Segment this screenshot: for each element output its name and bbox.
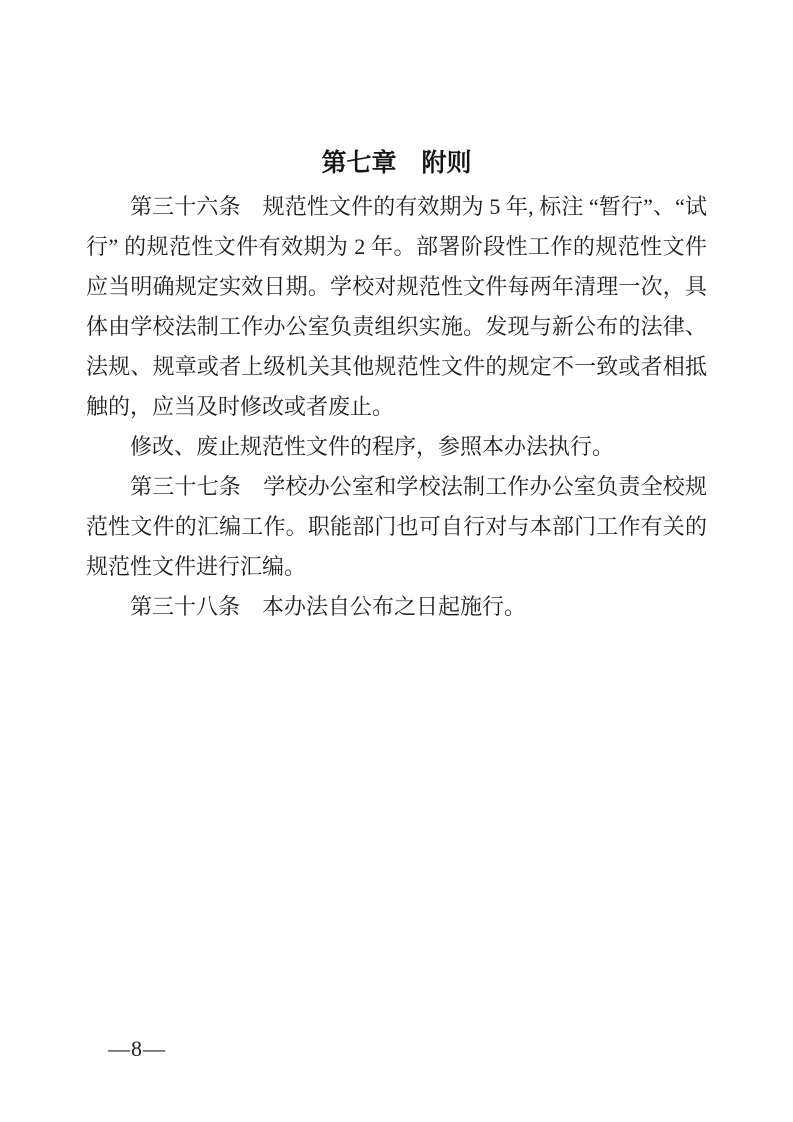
- chapter-body: 第三十六条 规范性文件的有效期为 5 年, 标注 “暂行”、“试行” 的规范性文…: [86, 187, 707, 627]
- document-page: 第七章 附则 第三十六条 规范性文件的有效期为 5 年, 标注 “暂行”、“试行…: [0, 0, 793, 1122]
- paragraph-article-37: 第三十七条 学校办公室和学校法制工作办公室负责全校规范性文件的汇编工作。职能部门…: [86, 467, 707, 587]
- paragraph-article-38: 第三十八条 本办法自公布之日起施行。: [86, 587, 707, 627]
- page-number: —8—: [108, 1036, 166, 1062]
- paragraph-article-36: 第三十六条 规范性文件的有效期为 5 年, 标注 “暂行”、“试行” 的规范性文…: [86, 187, 707, 427]
- chapter-title: 第七章 附则: [0, 147, 793, 179]
- paragraph-amend-procedure: 修改、废止规范性文件的程序，参照本办法执行。: [86, 427, 707, 467]
